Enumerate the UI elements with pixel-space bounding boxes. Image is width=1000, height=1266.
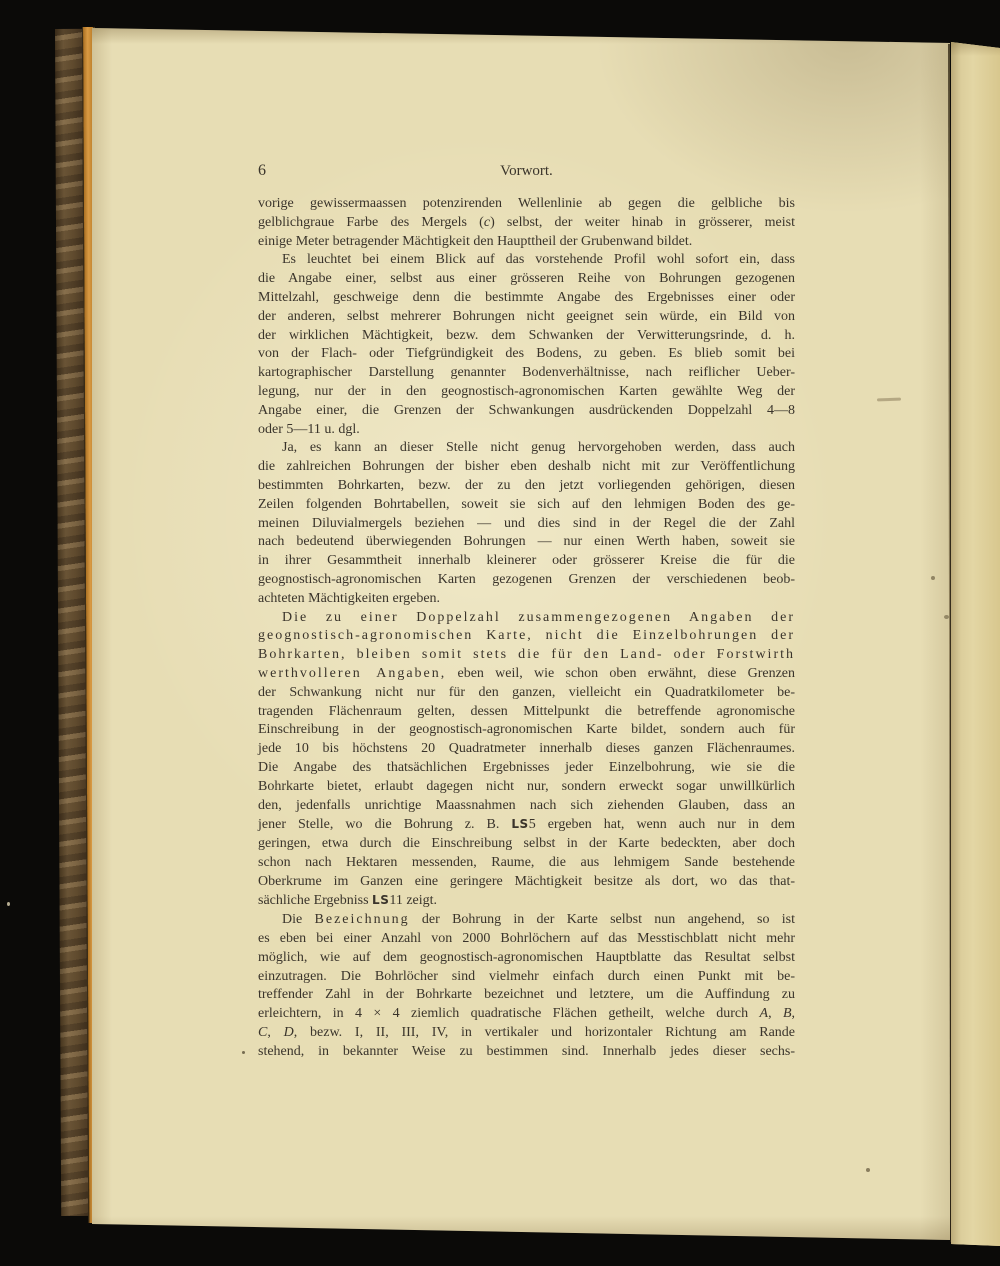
text-line: geognostisch-agronomischen Karte, nicht … xyxy=(258,627,795,646)
paper-speck xyxy=(931,576,935,580)
text-line: geringen, etwa durch die Einschreibung s… xyxy=(258,835,795,854)
text-line: Bohrkarten, bleiben somit stets die für … xyxy=(258,646,795,665)
text-line: stehend, in bekannter Weise zu bestimmen… xyxy=(258,1043,795,1062)
text-line: achteten Mächtigkeiten ergeben. xyxy=(258,590,795,609)
text-line: einige Meter betragender Mächtigkeit den… xyxy=(258,233,795,252)
text-line: die Angabe einer, selbst aus einer gröss… xyxy=(258,270,795,289)
text-line: von der Flach- oder Tiefgründigkeit des … xyxy=(258,345,795,364)
text-line: Oberkrume im Ganzen eine geringere Mächt… xyxy=(258,873,795,892)
paper-speck xyxy=(866,1168,870,1172)
text-line: möglich, wie auf dem geognostisch-agrono… xyxy=(258,949,795,968)
text-line: jede 10 bis höchstens 20 Quadratmeter in… xyxy=(258,740,795,759)
text-line: treffender Zahl in der Bohrkarte bezeich… xyxy=(258,986,795,1005)
text-line: erleichtern, in 4 × 4 ziemlich quadratis… xyxy=(258,1005,795,1024)
text-line: vorige gewissermaassen potenzirenden Wel… xyxy=(258,195,795,214)
text-line: bestimmten Bohrkarten, bezw. der zu den … xyxy=(258,477,795,496)
text-line: Bohrkarte bietet, erlaubt dagegen nicht … xyxy=(258,778,795,797)
text-line: Einschreibung in der geognostisch-agrono… xyxy=(258,721,795,740)
text-line: der Schwankung nicht nur für den ganzen,… xyxy=(258,684,795,703)
text-line: es eben bei einer Anzahl von 2000 Bohrlö… xyxy=(258,930,795,949)
page-header: 6 Vorwort. xyxy=(258,162,795,182)
text-line: gelblichgraue Farbe des Mergels (c) selb… xyxy=(258,214,795,233)
paper-speck xyxy=(944,615,949,619)
styled-text: D xyxy=(284,1025,294,1040)
body-text: vorige gewissermaassen potenzirenden Wel… xyxy=(258,195,795,1062)
styled-text: geognostisch-agronomischen Karte, nicht … xyxy=(258,628,795,643)
styled-text: Die zu einer Doppelzahl zusammengezogene… xyxy=(282,610,795,625)
text-line: meinen Diluvialmergels beziehen — und di… xyxy=(258,515,795,534)
text-line: Ja, es kann an dieser Stelle nicht genug… xyxy=(258,439,795,458)
text-line: sächliche Ergebniss LS11 zeigt. xyxy=(258,891,795,911)
text-line: Mittelzahl, geschweige denn die bestimmt… xyxy=(258,289,795,308)
text-line: Die Angabe des thatsächlichen Ergebnisse… xyxy=(258,759,795,778)
paper-speck xyxy=(242,1051,245,1054)
next-page-edge xyxy=(951,42,1000,1246)
paper-speck xyxy=(7,902,10,906)
text-line: geognostisch-agronomischen Karten gezoge… xyxy=(258,571,795,590)
styled-text: Bezeichnung xyxy=(315,912,410,927)
text-line: tragenden Flächenraum gelten, dessen Mit… xyxy=(258,703,795,722)
text-line: in ihrer Gesammtheit innerhalb kleinerer… xyxy=(258,552,795,571)
text-line: einzutragen. Die Bohrlöcher sind vielmeh… xyxy=(258,968,795,987)
styled-text: C xyxy=(258,1025,267,1040)
styled-text: A xyxy=(760,1006,769,1021)
styled-text: LS xyxy=(511,817,528,831)
text-line: die zahlreichen Bohrungen der bisher ebe… xyxy=(258,458,795,477)
styled-text: werthvolleren Angaben, xyxy=(258,666,446,681)
styled-text: B xyxy=(783,1006,792,1021)
text-line: Es leuchtet bei einem Blick auf das vors… xyxy=(258,251,795,270)
text-line: Angabe einer, die Grenzen der Schwankung… xyxy=(258,402,795,421)
scan-background: 6 Vorwort. vorige gewissermaassen potenz… xyxy=(0,0,1000,1266)
styled-text: Bohrkarten, bleiben somit stets die für … xyxy=(258,647,795,662)
text-line: C, D, bezw. I, II, III, IV, in vertikale… xyxy=(258,1024,795,1043)
text-line: Die Bezeichnung der Bohrung in der Karte… xyxy=(258,911,795,930)
text-line: Die zu einer Doppelzahl zusammengezogene… xyxy=(258,609,795,628)
text-line: Zeilen folgenden Bohrtabellen, soweit si… xyxy=(258,496,795,515)
text-line: jener Stelle, wo die Bohrung z. B. LS5 e… xyxy=(258,815,795,835)
text-line: legung, nur der in den geognostisch-agro… xyxy=(258,383,795,402)
text-line: oder 5—11 u. dgl. xyxy=(258,421,795,440)
text-line: der anderen, selbst mehrerer Bohrungen n… xyxy=(258,308,795,327)
text-line: den, jedenfalls unrichtige Maassnahmen n… xyxy=(258,797,795,816)
text-line: nach bedeutend überwiegenden Bohrungen —… xyxy=(258,533,795,552)
styled-text: LS xyxy=(372,893,389,907)
running-header: Vorwort. xyxy=(258,163,795,180)
book-page: 6 Vorwort. vorige gewissermaassen potenz… xyxy=(92,28,950,1240)
text-line: werthvolleren Angaben, eben weil, wie sc… xyxy=(258,665,795,684)
styled-text: c xyxy=(484,215,490,230)
text-line: der wirklichen Mächtigkeit, bezw. dem Sc… xyxy=(258,327,795,346)
text-line: schon nach Hektaren messenden, Raume, di… xyxy=(258,854,795,873)
text-line: kartographischer Darstellung genannter B… xyxy=(258,364,795,383)
